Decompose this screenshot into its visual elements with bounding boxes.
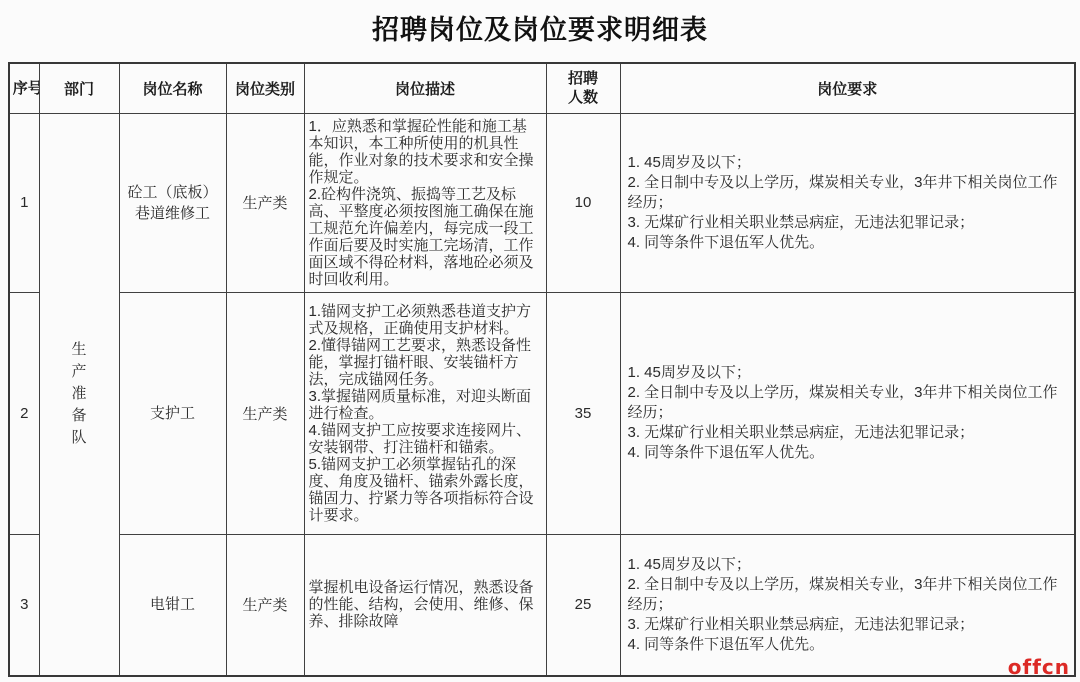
col-header-department: 部门: [39, 63, 119, 113]
cell-headcount: 35: [546, 292, 620, 534]
col-header-position-name: 岗位名称: [119, 63, 226, 113]
cell-position-category: 生产类: [226, 292, 304, 534]
cell-position-category: 生产类: [226, 113, 304, 292]
col-header-position-description: 岗位描述: [304, 63, 546, 113]
cell-number: 2: [9, 292, 39, 534]
cell-position-description: 掌握机电设备运行情况，熟悉设备的性能、结构，会使用、维修、保养、排除故障: [304, 534, 546, 676]
cell-requirements: 1. 45周岁及以下； 2. 全日制中专及以上学历，煤炭相关专业，3年井下相关岗…: [620, 292, 1075, 534]
cell-position-name: 砼工（底板） 巷道维修工: [119, 113, 226, 292]
col-header-headcount: 招聘人数: [546, 63, 620, 113]
cell-department-merged: 生产准备队: [39, 113, 119, 676]
cell-requirements: 1. 45周岁及以下； 2. 全日制中专及以上学历，煤炭相关专业，3年井下相关岗…: [620, 534, 1075, 676]
cell-position-description: 1.锚网支护工必须熟悉巷道支护方式及规格，正确使用支护材料。 2.懂得锚网工艺要…: [304, 292, 546, 534]
cell-headcount: 25: [546, 534, 620, 676]
cell-headcount: 10: [546, 113, 620, 292]
header-row: 序号 部门 岗位名称 岗位类别 岗位描述 招聘人数 岗位要求: [9, 63, 1075, 113]
col-header-number: 序号: [9, 63, 39, 113]
cell-requirements: 1. 45周岁及以下； 2. 全日制中专及以上学历，煤炭相关专业，3年井下相关岗…: [620, 113, 1075, 292]
col-header-requirements: 岗位要求: [620, 63, 1075, 113]
cell-position-category: 生产类: [226, 534, 304, 676]
cell-number: 1: [9, 113, 39, 292]
table-row: 1 生产准备队 砼工（底板） 巷道维修工 生产类 1．应熟悉和掌握砼性能和施工基…: [9, 113, 1075, 292]
table-row: 3 电钳工 生产类 掌握机电设备运行情况，熟悉设备的性能、结构，会使用、维修、保…: [9, 534, 1075, 676]
cell-position-name: 电钳工: [119, 534, 226, 676]
cell-position-name: 支护工: [119, 292, 226, 534]
cell-number: 3: [9, 534, 39, 676]
cell-position-description: 1．应熟悉和掌握砼性能和施工基本知识，本工种所使用的机具性能，作业对象的技术要求…: [304, 113, 546, 292]
page-title: 招聘岗位及岗位要求明细表: [0, 8, 1080, 47]
recruitment-table: 序号 部门 岗位名称 岗位类别 岗位描述 招聘人数 岗位要求 1 生产准备队 砼…: [8, 62, 1076, 677]
col-header-position-category: 岗位类别: [226, 63, 304, 113]
offcn-watermark: offcn: [1008, 655, 1070, 679]
department-vertical-text: 生产准备队: [70, 339, 87, 449]
table-row: 2 支护工 生产类 1.锚网支护工必须熟悉巷道支护方式及规格，正确使用支护材料。…: [9, 292, 1075, 534]
